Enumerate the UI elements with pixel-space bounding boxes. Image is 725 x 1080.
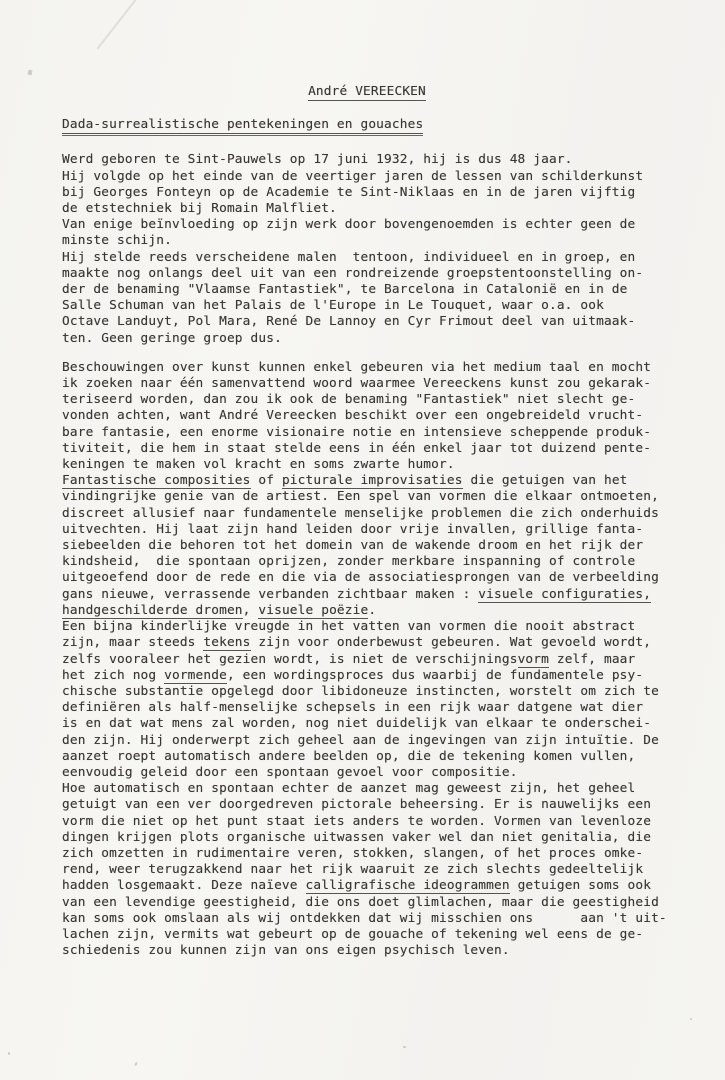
text-line: de etstechniek bij Romain Malfliet. bbox=[62, 201, 672, 217]
underlined-text: tekens bbox=[203, 635, 250, 651]
text-line: is en dat wat mens zal worden, nog niet … bbox=[62, 716, 672, 732]
text-line: Hij stelde reeds verscheidene malen tent… bbox=[62, 250, 672, 266]
text-line: Fantastische composities of picturale im… bbox=[62, 473, 672, 489]
text-line: bare fantasie, een enorme visionaire not… bbox=[62, 425, 672, 441]
text-line: handgeschilderde dromen, visuele poëzie. bbox=[62, 603, 672, 619]
text-line: Octave Landuyt, Pol Mara, René De Lannoy… bbox=[62, 314, 672, 330]
text-line: schiedenis zou kunnen zijn van ons eigen… bbox=[62, 943, 672, 959]
scan-speck bbox=[403, 1046, 406, 1048]
text-line: vorm die niet op het punt staat iets and… bbox=[62, 814, 672, 830]
text-line: hadden losgemaakt. Deze naïeve calligraf… bbox=[62, 878, 672, 894]
text-line: keningen te maken vol kracht en soms zwa… bbox=[62, 457, 672, 473]
underlined-text: calligrafische ideogrammen bbox=[306, 878, 510, 894]
document-title: André VEREECKEN bbox=[62, 84, 672, 100]
document-subtitle-text: Dada-surrealistische pentekeningen en go… bbox=[62, 117, 423, 134]
scan-crease bbox=[97, 0, 141, 49]
text-line: Een bijna kinderlijke vreugde in het vat… bbox=[62, 619, 672, 635]
text-line: uitvechten. Hij laat zijn hand leiden do… bbox=[62, 522, 672, 538]
underlined-text: Fantastische composities bbox=[62, 473, 251, 489]
text-line: ik zoeken naar één samenvattend woord wa… bbox=[62, 376, 672, 392]
text-line: getuigt van een ver doorgedreven pictora… bbox=[62, 797, 672, 813]
text-line: Hoe automatisch en spontaan echter de aa… bbox=[62, 781, 672, 797]
text-line: gans nieuwe, verrassende verbanden zicht… bbox=[62, 587, 672, 603]
text-line: Werd geboren te Sint-Pauwels op 17 juni … bbox=[62, 152, 672, 168]
text-line: vonden achten, want André Vereecken besc… bbox=[62, 408, 672, 424]
scan-speck bbox=[8, 1052, 10, 1055]
text-line: tiviteit, die hem in staat stelde eens i… bbox=[62, 441, 672, 457]
text-line: lachen zijn, vermits wat gebeurt op de g… bbox=[62, 927, 672, 943]
text-line: maakte nog onlangs deel uit van een rond… bbox=[62, 266, 672, 282]
document-subtitle: Dada-surrealistische pentekeningen en go… bbox=[62, 117, 672, 133]
text-line: eenvoudig geleid door een spontaan gevoe… bbox=[62, 765, 672, 781]
document-title-text: André VEREECKEN bbox=[308, 84, 426, 101]
text-line: uitgeoefend door de rede en die via de a… bbox=[62, 570, 672, 586]
scanned-document-page: André VEREECKEN Dada-surrealistische pen… bbox=[0, 0, 725, 1080]
text-line: het zich nog vormende, een wordingsproce… bbox=[62, 668, 672, 684]
text-line: Salle Schuman van het Palais de l'Europe… bbox=[62, 298, 672, 314]
text-line: teriseerd worden, dan zou ik ook de bena… bbox=[62, 392, 672, 408]
text-line: kan soms ook omslaan als wij ontdekken d… bbox=[62, 911, 672, 927]
document-content: André VEREECKEN Dada-surrealistische pen… bbox=[62, 84, 672, 959]
underlined-text: visuele poëzie bbox=[258, 603, 368, 619]
text-line: Hij volgde op het einde van de veertiger… bbox=[62, 169, 672, 185]
text-line: definiëren als half-menselijke schepsels… bbox=[62, 700, 672, 716]
text-line: der de benaming "Vlaamse Fantastiek", te… bbox=[62, 282, 672, 298]
text-line: aanzet roept automatisch andere beelden … bbox=[62, 749, 672, 765]
text-line: zijn, maar steeds tekens zijn voor onder… bbox=[62, 635, 672, 651]
paragraph: Werd geboren te Sint-Pauwels op 17 juni … bbox=[62, 152, 672, 346]
underlined-text: visuele configuraties, bbox=[478, 587, 651, 603]
text-line: rend, weer terugzakkend naar het rijk wa… bbox=[62, 862, 672, 878]
text-line: zelfs vooraleer het gezien wordt, is nie… bbox=[62, 652, 672, 668]
scan-speck bbox=[690, 1018, 692, 1020]
underlined-text: vormende bbox=[164, 668, 227, 684]
text-line: siebeelden die behoren tot het domein va… bbox=[62, 538, 672, 554]
text-line: ten. Geen geringe groep dus. bbox=[62, 331, 672, 347]
text-line: dingen krijgen plots organische uitwasse… bbox=[62, 830, 672, 846]
text-line: bij Georges Fonteyn op de Academie te Si… bbox=[62, 185, 672, 201]
text-line: Van enige beïnvloeding op zijn werk door… bbox=[62, 217, 672, 233]
document-subtitle-underline: Dada-surrealistische pentekeningen en go… bbox=[62, 117, 423, 136]
text-line: vindingrijke genie van de artiest. Een s… bbox=[62, 489, 672, 505]
text-line: minste schijn. bbox=[62, 233, 672, 249]
text-line: chische substantie opgelegd door libidon… bbox=[62, 684, 672, 700]
paragraph: Beschouwingen over kunst kunnen enkel ge… bbox=[62, 360, 672, 960]
text-line: zich omzetten in rudimentaire veren, sto… bbox=[62, 846, 672, 862]
scan-speck bbox=[134, 1062, 138, 1066]
document-body: Werd geboren te Sint-Pauwels op 17 juni … bbox=[62, 152, 672, 959]
text-line: van een levendige geestigheid, die ons d… bbox=[62, 895, 672, 911]
scan-speck bbox=[27, 70, 32, 76]
text-line: discreet allusief naar fundamentele mens… bbox=[62, 506, 672, 522]
underlined-text: handgeschilderde dromen bbox=[62, 603, 243, 619]
underlined-text: picturale improvisaties bbox=[282, 473, 463, 489]
text-line: kindsheid, die spontaan oprijzen, zonder… bbox=[62, 554, 672, 570]
text-line: den zijn. Hij onderwerpt zich geheel aan… bbox=[62, 733, 672, 749]
underlined-text: vorm bbox=[518, 652, 549, 668]
text-line: Beschouwingen over kunst kunnen enkel ge… bbox=[62, 360, 672, 376]
